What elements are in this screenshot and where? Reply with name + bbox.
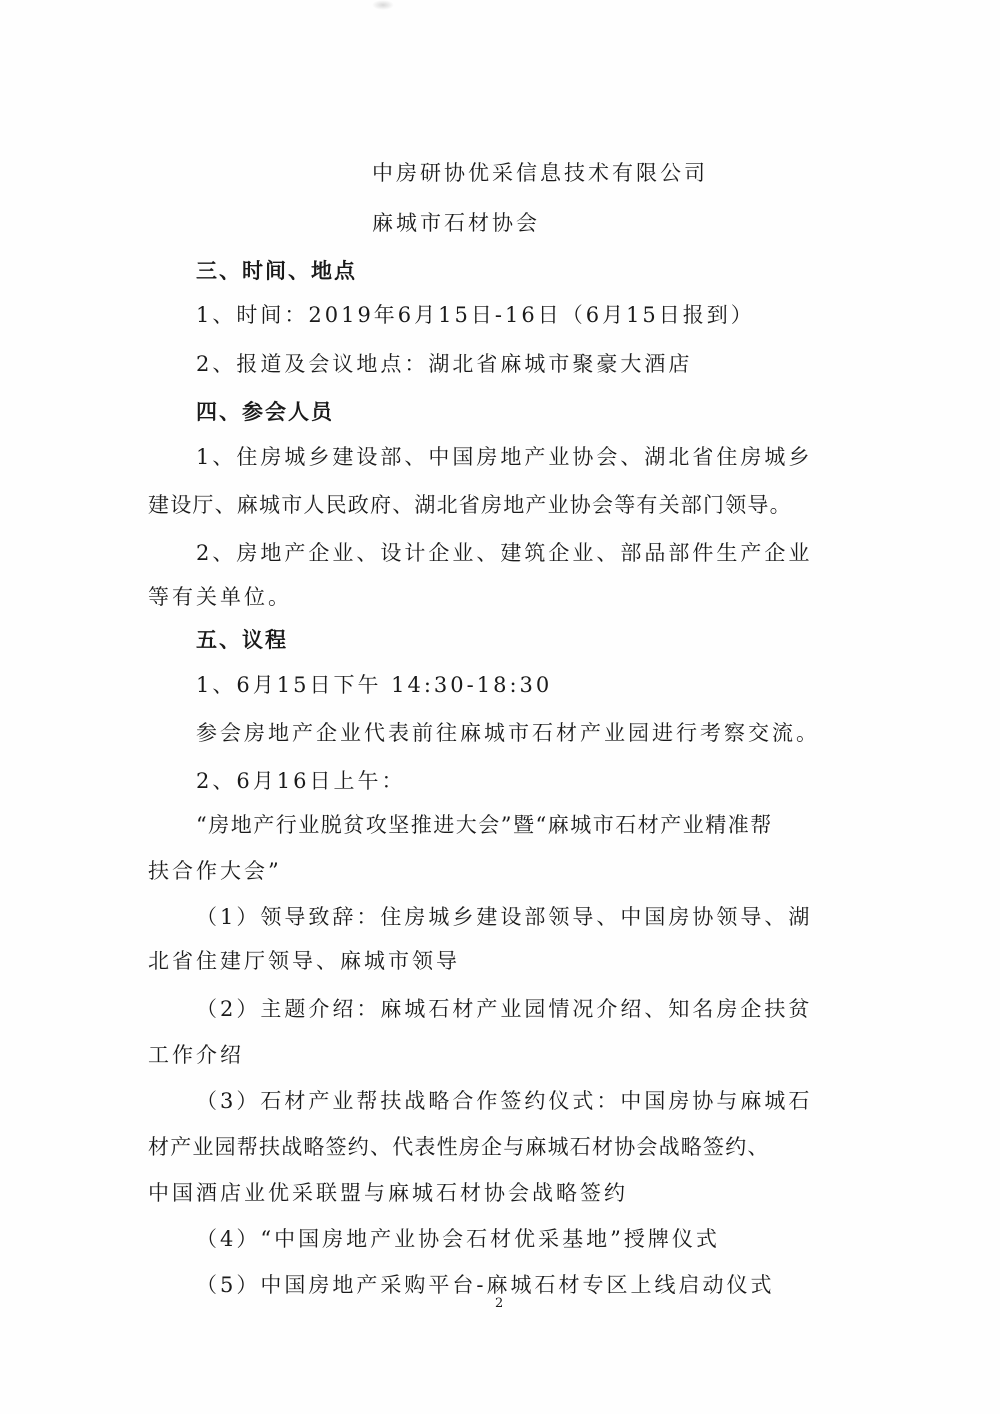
section-heading-time-place: 三、时间、地点	[196, 256, 357, 286]
conference-title-line1: “房地产行业脱贫攻坚推进大会”暨“麻城市石材产业精准帮	[196, 810, 773, 840]
agenda-item-2-line1: （2）主题介绍：麻城石材产业园情况介绍、知名房企扶贫	[196, 994, 812, 1024]
section-heading-agenda: 五、议程	[196, 625, 288, 655]
venue-item: 2、报道及会议地点：湖北省麻城市聚豪大酒店	[196, 349, 692, 379]
agenda-item-3-line3: 中国酒店业优采联盟与麻城石材协会战略签约	[148, 1178, 628, 1208]
conference-title-line2: 扶合作大会”	[148, 856, 282, 886]
agenda-item-1-line1: （1）领导致辞：住房城乡建设部领导、中国房协领导、湖	[196, 902, 812, 932]
time-item: 1、时间：2019年6月15日-16日（6月15日报到）	[196, 300, 755, 330]
agenda-item-4: （4）“中国房地产业协会石材优采基地”授牌仪式	[196, 1224, 720, 1254]
section-heading-attendees: 四、参会人员	[196, 397, 334, 427]
agenda-day1-desc: 参会房地产企业代表前往麻城市石材产业园进行考察交流。	[196, 718, 820, 748]
agenda-day1-time: 1、6月15日下午 14:30-18:30	[196, 670, 552, 700]
attendee-item-2-line1: 2、房地产企业、设计企业、建筑企业、部品部件生产企业	[196, 538, 812, 568]
document-page: 中房研协优采信息技术有限公司 麻城市石材协会 三、时间、地点 1、时间：2019…	[0, 0, 1000, 1414]
scan-artifact	[372, 0, 394, 10]
agenda-day2-time: 2、6月16日上午：	[196, 766, 405, 796]
attendee-item-1-line1: 1、住房城乡建设部、中国房地产业协会、湖北省住房城乡	[196, 442, 812, 472]
attendee-item-1-line2: 建设厅、麻城市人民政府、湖北省房地产业协会等有关部门领导。	[148, 490, 792, 520]
page-number: 2	[495, 1296, 503, 1311]
organizer-2: 麻城市石材协会	[372, 208, 540, 238]
agenda-item-3-line1: （3）石材产业帮扶战略合作签约仪式：中国房协与麻城石	[196, 1086, 812, 1116]
organizer-1: 中房研协优采信息技术有限公司	[372, 158, 708, 188]
agenda-item-2-line2: 工作介绍	[148, 1040, 244, 1070]
agenda-item-3-line2: 材产业园帮扶战略签约、代表性房企与麻城石材协会战略签约、	[148, 1132, 770, 1162]
attendee-item-2-line2: 等有关单位。	[148, 582, 292, 612]
agenda-item-1-line2: 北省住建厅领导、麻城市领导	[148, 946, 460, 976]
agenda-item-5: （5）中国房地产采购平台-麻城石材专区上线启动仪式	[196, 1270, 774, 1300]
